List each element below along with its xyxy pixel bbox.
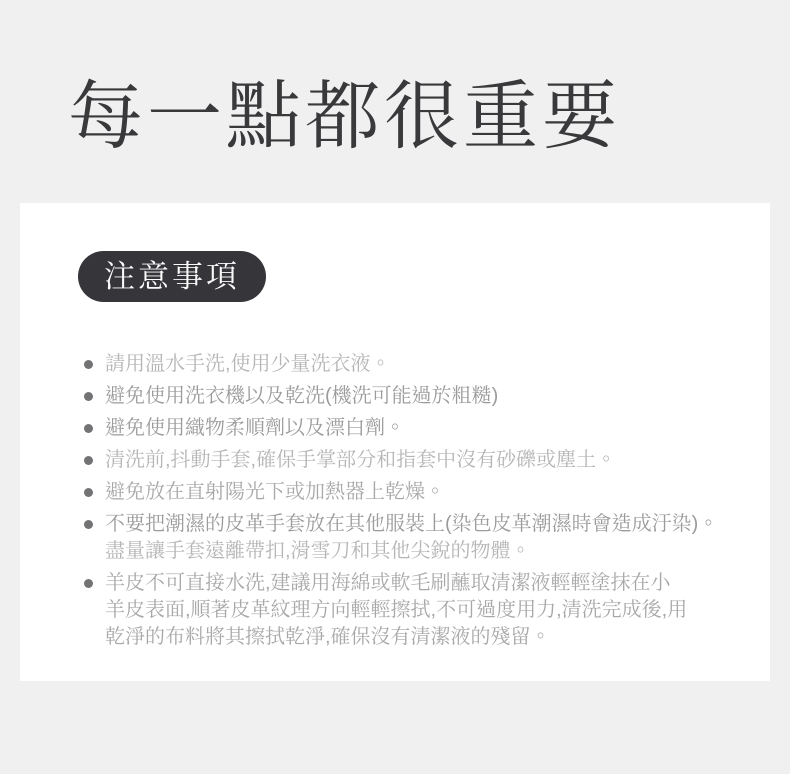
- notes-badge-label: 注意事項: [104, 259, 240, 294]
- note-text: 避免使用洗衣機以及乾洗(機洗可能過於粗糙): [105, 383, 732, 410]
- note-item: 不要把潮濕的皮革手套放在其他服裝上(染色皮革潮濕時會造成汙染)。 盡量讓手套遠離…: [84, 511, 732, 565]
- page-title: 每一點都很重要: [68, 72, 621, 160]
- note-text: 盡量讓手套遠離帶扣,滑雪刀和其他尖銳的物體。: [105, 538, 732, 565]
- notes-badge: 注意事項: [78, 251, 266, 302]
- note-text: 避免使用織物柔順劑以及漂白劑。: [105, 415, 732, 442]
- notes-card: 注意事項 請用溫水手洗,使用少量洗衣液。 避免使用洗衣機以及乾洗(機洗可能過於粗…: [20, 203, 770, 681]
- bullet-icon: [84, 579, 93, 588]
- note-text: 避免放在直射陽光下或加熱器上乾燥。: [105, 479, 732, 506]
- bullet-icon: [84, 424, 93, 433]
- product-care-page: { "page": { "title": "每一點都很重要" }, "card"…: [0, 0, 790, 774]
- note-item: 羊皮不可直接水洗,建議用海綿或軟毛刷蘸取清潔液輕輕塗抹在小 羊皮表面,順著皮革紋…: [84, 570, 732, 651]
- bullet-icon: [84, 520, 93, 529]
- bullet-icon: [84, 392, 93, 401]
- bullet-icon: [84, 456, 93, 465]
- note-text: 請用溫水手洗,使用少量洗衣液。: [105, 351, 732, 378]
- note-text: 羊皮不可直接水洗,建議用海綿或軟毛刷蘸取清潔液輕輕塗抹在小 羊皮表面,順著皮革紋…: [105, 570, 732, 651]
- bullet-icon: [84, 360, 93, 369]
- bullet-icon: [84, 488, 93, 497]
- note-text: 不要把潮濕的皮革手套放在其他服裝上(染色皮革潮濕時會造成汙染)。: [105, 511, 732, 538]
- note-item: 避免使用織物柔順劑以及漂白劑。: [84, 415, 732, 442]
- note-item: 避免放在直射陽光下或加熱器上乾燥。: [84, 479, 732, 506]
- note-item: 清洗前,抖動手套,確保手掌部分和指套中沒有砂礫或塵土。: [84, 447, 732, 474]
- note-text: 清洗前,抖動手套,確保手掌部分和指套中沒有砂礫或塵土。: [105, 447, 732, 474]
- notes-list: 請用溫水手洗,使用少量洗衣液。 避免使用洗衣機以及乾洗(機洗可能過於粗糙) 避免…: [84, 351, 732, 656]
- note-item: 避免使用洗衣機以及乾洗(機洗可能過於粗糙): [84, 383, 732, 410]
- note-item: 請用溫水手洗,使用少量洗衣液。: [84, 351, 732, 378]
